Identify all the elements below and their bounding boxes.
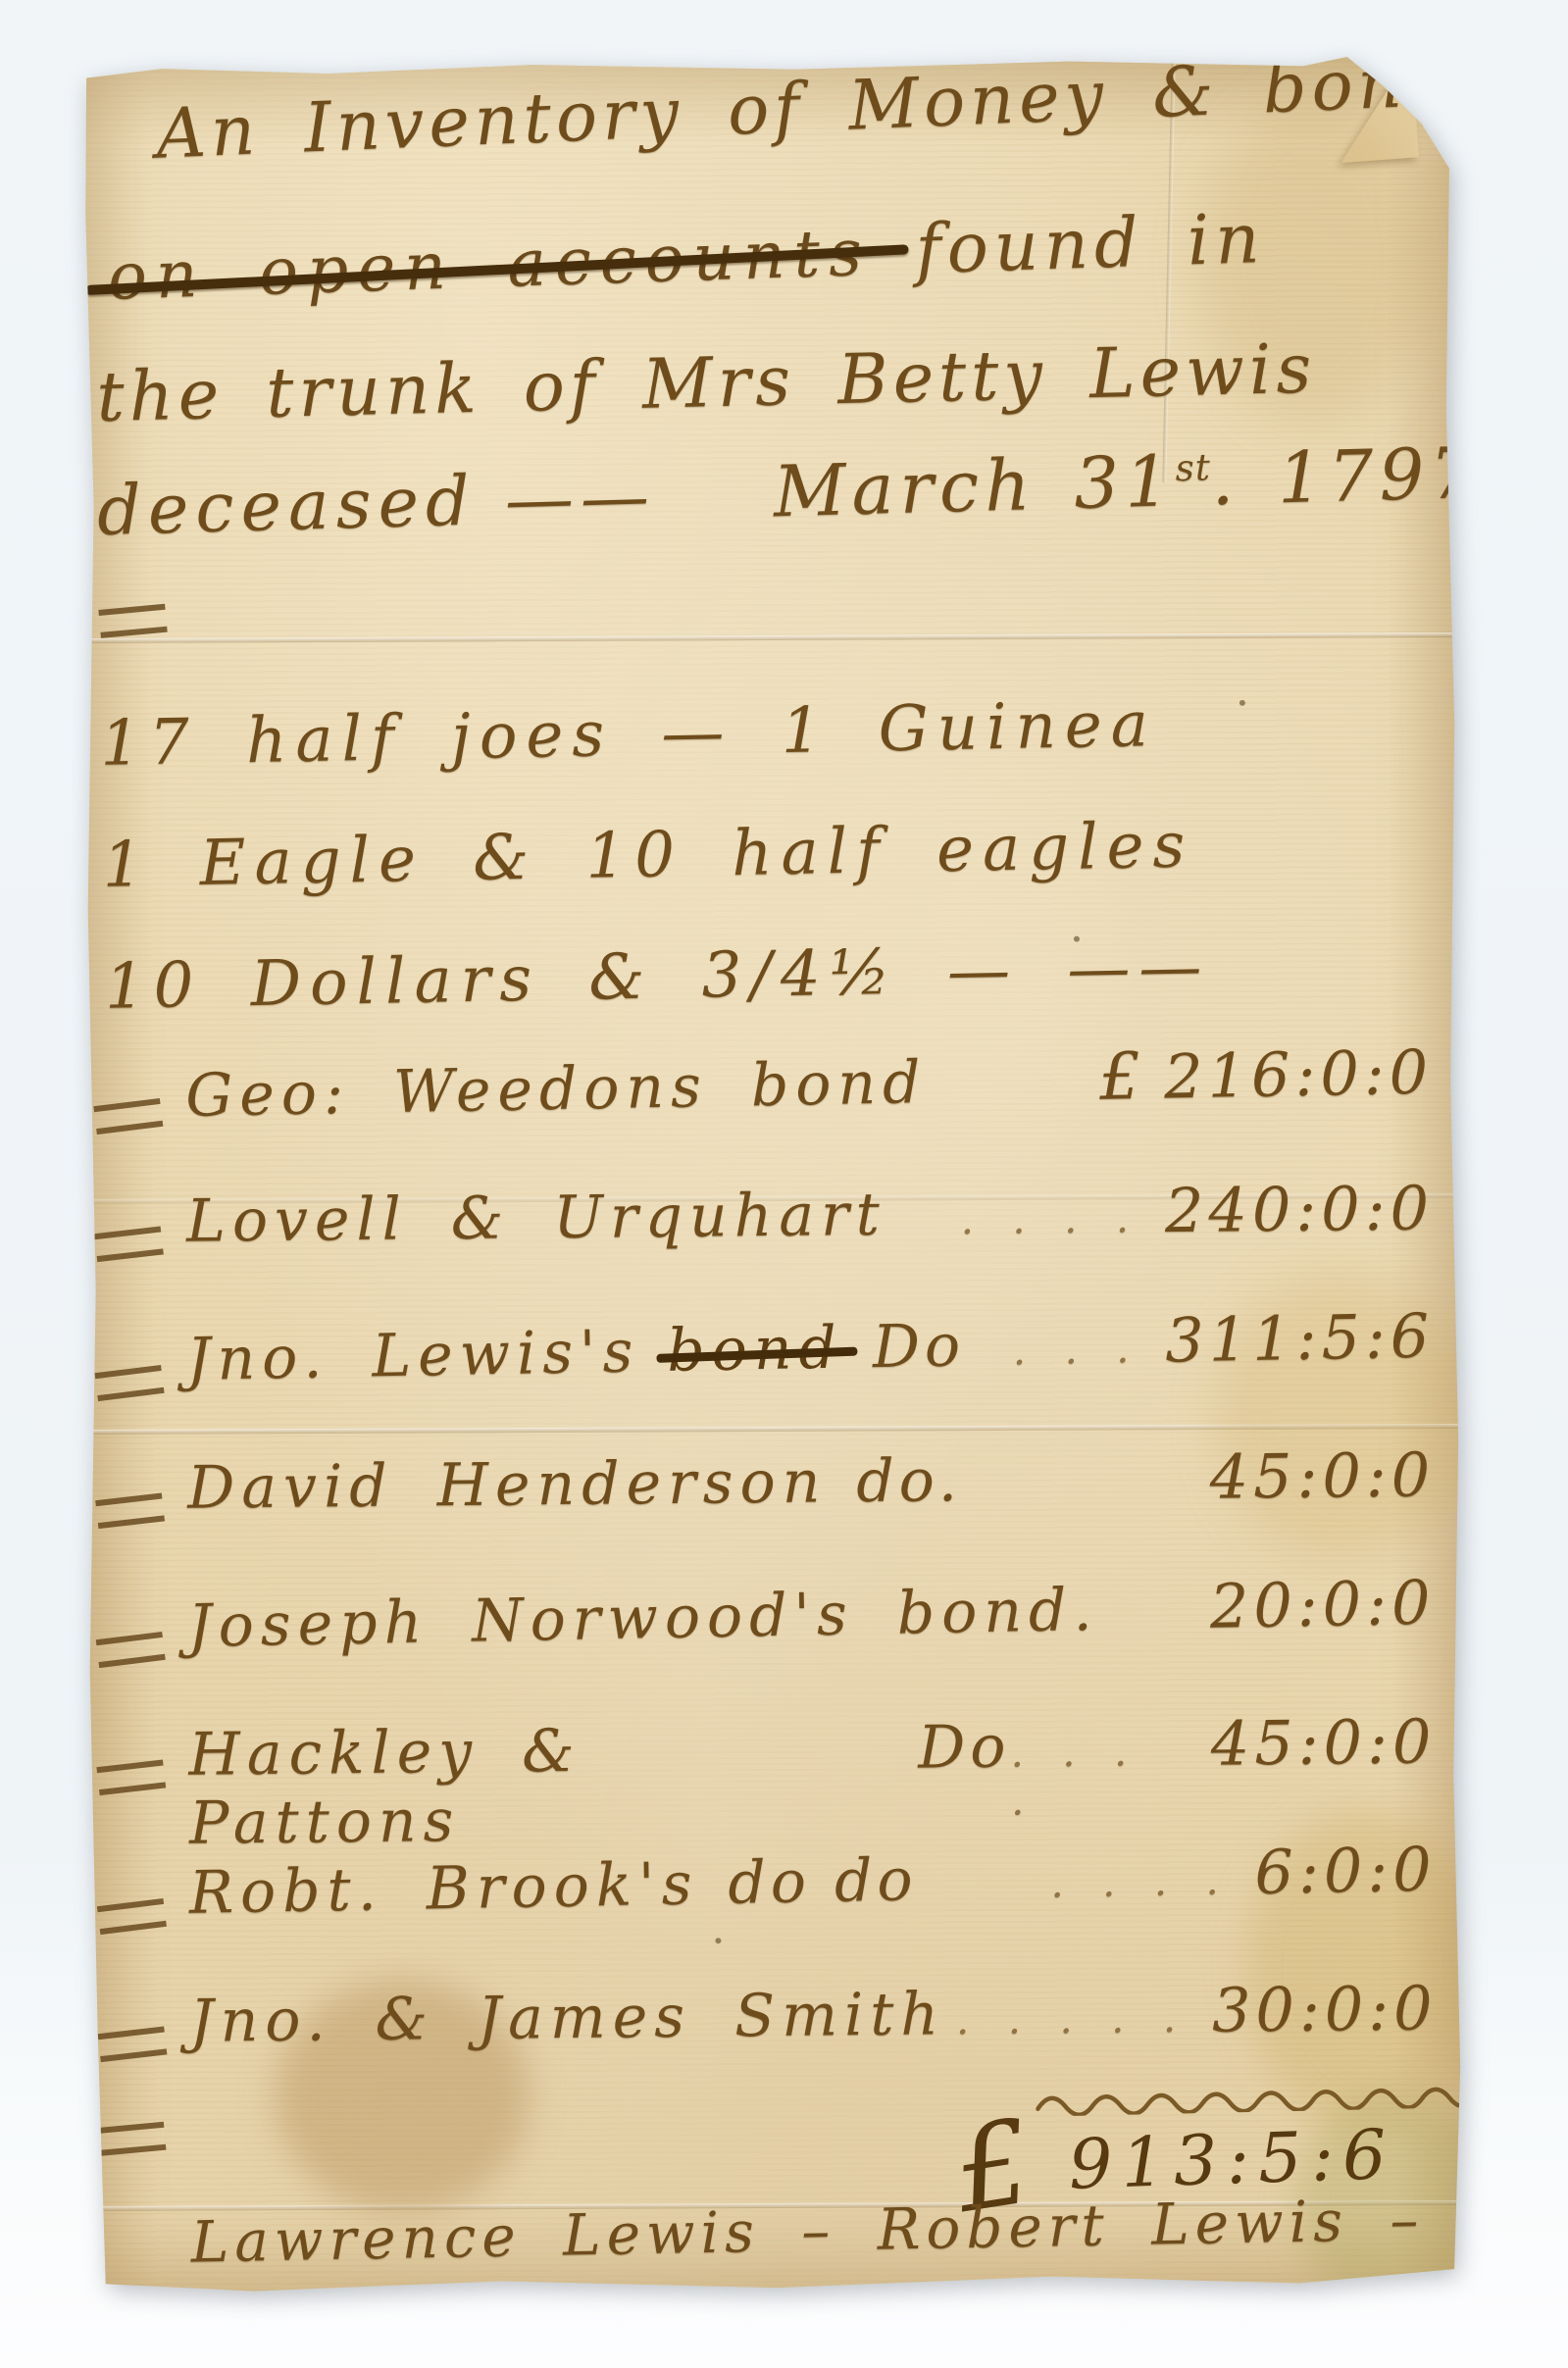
date-year: . 1797.	[1210, 430, 1510, 521]
payer-name: Hackley & Pattons	[188, 1714, 889, 1858]
bond-ledger: Geo: Weedons bond£216:0:0Lovell & Urquha…	[89, 1042, 1451, 2115]
coin-line: 1 Eagle & 10 half eagles	[102, 784, 1210, 927]
leader-dots: . . . .	[1010, 1727, 1188, 1825]
amount-group: . . . . .30:0:0	[955, 1972, 1437, 2048]
margin-tick-icon	[98, 604, 167, 638]
struck-word: bond	[667, 1314, 844, 1386]
amount-group: £216:0:0	[1098, 1033, 1433, 1115]
horizontal-crease	[82, 632, 1457, 643]
date-main: March 31	[773, 439, 1177, 532]
amount-group: . . . .45:0:0	[1010, 1706, 1437, 1825]
margin-tick-icon	[96, 1631, 166, 1667]
amount-group: 45:0:0	[1209, 1439, 1435, 1513]
ledger-row: Lovell & Urquhart. . . .240:0:0	[90, 1172, 1448, 1318]
payer-name: Geo: Weedons bond	[185, 1048, 928, 1131]
date-text: March 31st. 1797.	[773, 430, 1510, 532]
margin-tick-icon	[94, 1226, 164, 1262]
leader-dots: . . .	[1012, 1324, 1142, 1374]
ditto-text: do do	[728, 1845, 918, 1918]
ledger-row: Geo: Weedons bond£216:0:0	[89, 1033, 1448, 1190]
ledger-row: Jno. Lewis'sbondDo. . .311:5:6	[90, 1299, 1449, 1457]
ledger-row: Hackley & PattonsDo. . . .45:0:0	[92, 1705, 1450, 1851]
deceased-text: deceased ——	[96, 456, 657, 551]
struck-heading-line: on open accountsfound in	[107, 203, 1267, 313]
margin-tick-icon	[95, 1492, 165, 1529]
ditto-text: do.	[856, 1446, 962, 1516]
margin-tick-icon	[97, 2122, 166, 2156]
amount-group: . . .311:5:6	[1012, 1300, 1435, 1380]
manuscript-paper: An Inventory of Money & bonds on open ac…	[79, 52, 1464, 2297]
amount-group: 20:0:0	[1209, 1567, 1436, 1642]
amount-value: 216:0:0	[1163, 1036, 1433, 1113]
ledger-row: Joseph Norwood's bond.20:0:0	[91, 1566, 1450, 1724]
leader-dots: . . . .	[960, 1193, 1141, 1243]
amount-group: . . . .240:0:0	[960, 1173, 1434, 1249]
payer-name: Robt. Brook's	[188, 1849, 699, 1928]
ditto-text: Do	[918, 1713, 1011, 1783]
date-line: deceased ——March 31st. 1797.	[96, 435, 1510, 548]
payer-name: David Henderson	[187, 1447, 828, 1522]
amount-value: 6:0:0	[1254, 1834, 1437, 1908]
found-in-text: found in	[914, 198, 1266, 289]
margin-tick-icon	[98, 2026, 168, 2062]
margin-tick-icon	[96, 1759, 166, 1795]
amount-group: . . . .6:0:0	[1049, 1834, 1437, 1912]
pound-sign: £	[1098, 1038, 1140, 1115]
ledger-row: David Hendersondo.45:0:0	[91, 1438, 1449, 1585]
payer-name: Lovell & Urquhart	[186, 1181, 886, 1256]
struck-text: on open accounts	[107, 215, 872, 315]
margin-tick-icon	[95, 1364, 165, 1400]
amount-value: 311:5:6	[1165, 1300, 1435, 1377]
amount-value: 240:0:0	[1165, 1173, 1435, 1247]
manuscript-paper-wrap: An Inventory of Money & bonds on open ac…	[84, 55, 1459, 2294]
leader-dots: . . . .	[1050, 1855, 1232, 1906]
date-superscript: st	[1175, 445, 1211, 489]
payer-name: Joseph Norwood's bond.	[187, 1576, 1099, 1661]
coin-line: 17 half joes — 1 Guinea	[99, 663, 1207, 805]
trunk-line: the trunk of Mrs Betty Lewis	[96, 333, 1317, 434]
scanned-manuscript-page: { "page": {"background": "#eff4f7"}, "pa…	[0, 0, 1568, 2368]
payer-name: Jno. & James Smith	[189, 1980, 945, 2055]
amount-value: 20:0:0	[1209, 1567, 1436, 1642]
margin-tick-icon	[93, 1097, 163, 1134]
leader-dots: . . . . .	[956, 1993, 1189, 2043]
amount-value: 45:0:0	[1210, 1706, 1436, 1780]
ledger-row: Robt. Brook'sdo do. . . .6:0:0	[92, 1833, 1451, 1990]
margin-tick-icon	[97, 1897, 167, 1934]
coin-list: 17 half joes — 1 Guinea 1 Eagle & 10 hal…	[99, 663, 1211, 1048]
amount-value: 30:0:0	[1212, 1972, 1438, 2045]
ink-speck	[1239, 700, 1245, 706]
payer-name: Jno. Lewis's	[186, 1317, 640, 1393]
ditto-text: Do	[872, 1311, 966, 1382]
amount-value: 45:0:0	[1209, 1439, 1435, 1513]
coin-line: 10 Dollars & 3/4½ — ——	[104, 906, 1212, 1048]
